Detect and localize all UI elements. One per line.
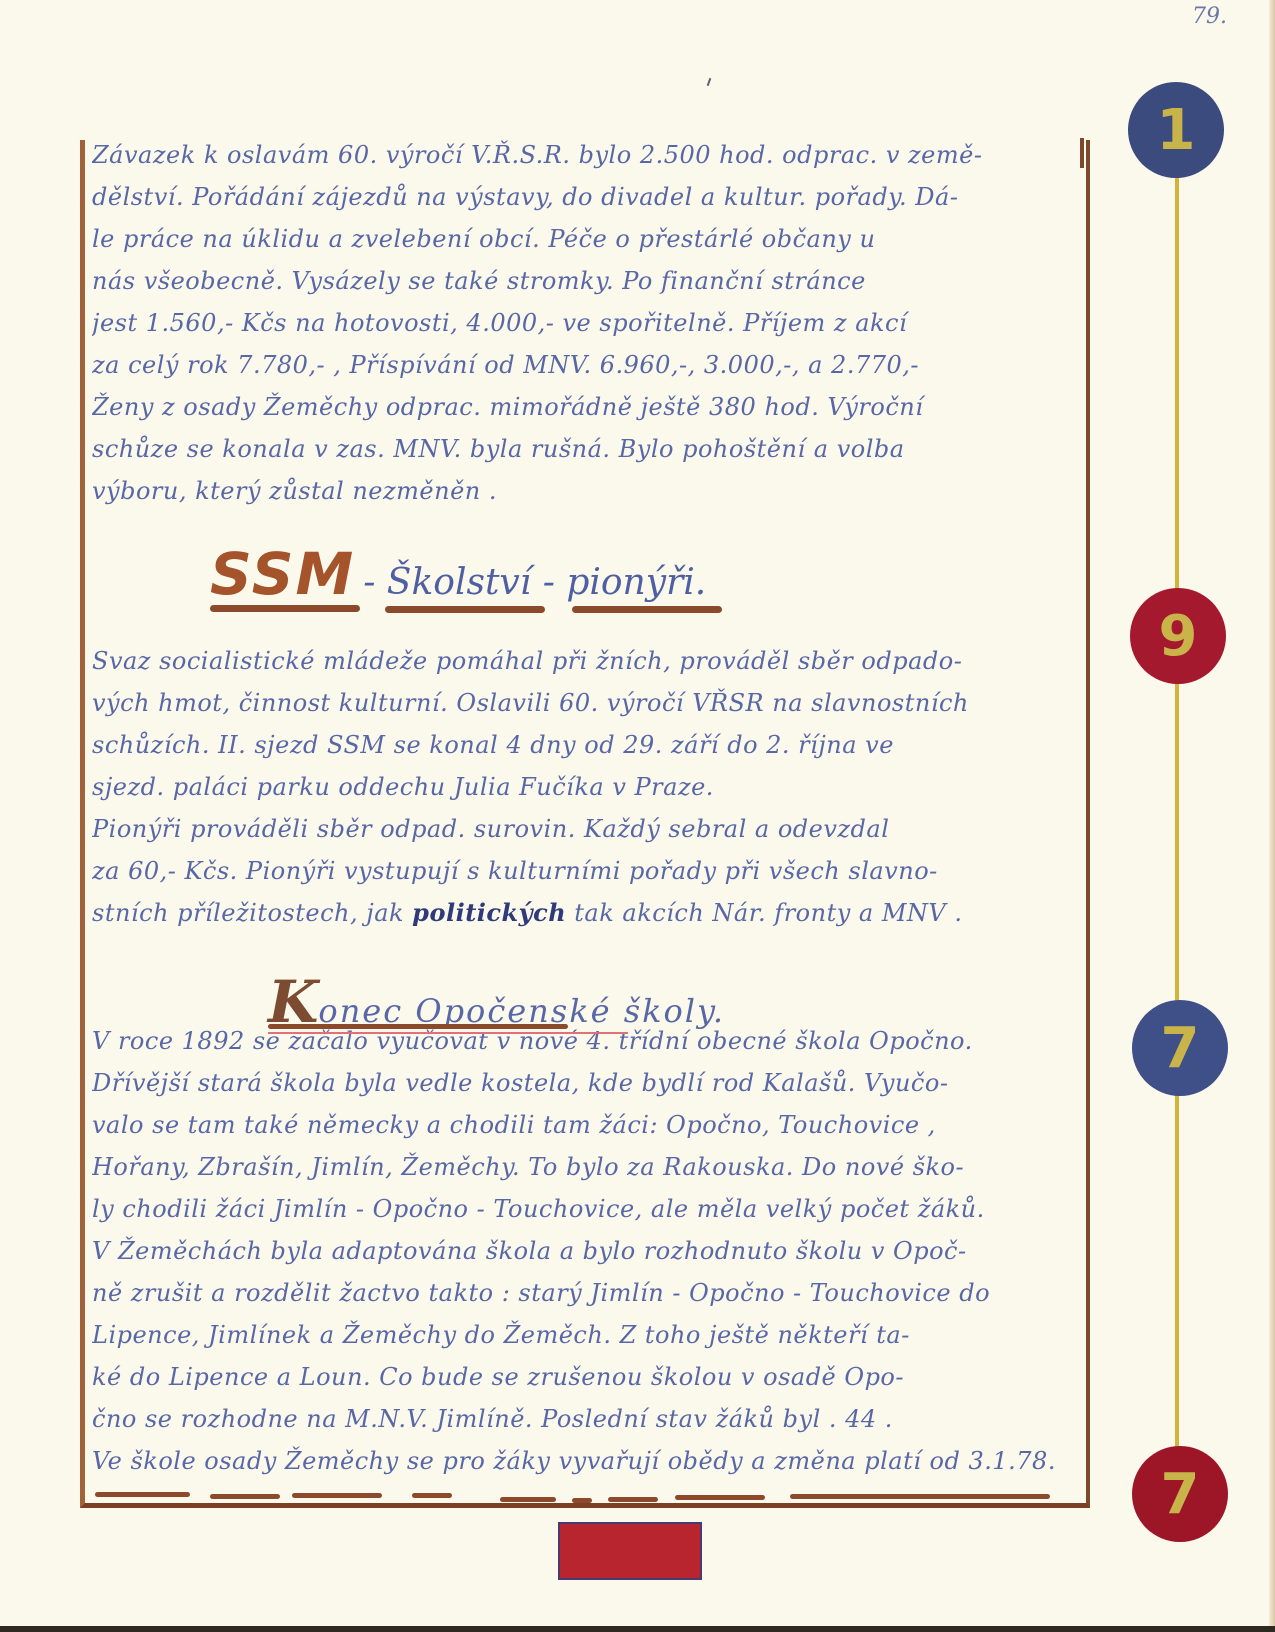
underline xyxy=(292,1493,382,1498)
text-line: Ženy z osady Žeměchy odprac. mimořádně j… xyxy=(92,386,1082,428)
section-ssm: Svaz socialistické mládeže pomáhal při ž… xyxy=(92,640,1082,934)
section-school: V roce 1892 se začalo vyučovat v nové 4.… xyxy=(92,1020,1082,1482)
timeline-line xyxy=(1175,175,1179,595)
page-bottom-edge xyxy=(0,1626,1275,1632)
section-report: Závazek k oslavám 60. výročí V.Ř.S.R. by… xyxy=(92,134,1082,512)
heading-ssm-abbr: SSM xyxy=(210,540,355,608)
text-line: výboru, který zůstal nezměněn . xyxy=(92,470,1082,512)
underline xyxy=(210,1494,280,1499)
underline xyxy=(790,1494,1050,1499)
text-segment: tak akcích Nár. fronty a MNV . xyxy=(566,899,962,927)
text-line: Lipence, Jimlínek a Žeměchy do Žeměch. Z… xyxy=(92,1314,1082,1356)
year-digit-circle: 9 xyxy=(1130,588,1226,684)
text-line: sjezd. paláci parku oddechu Julia Fučíka… xyxy=(92,766,1082,808)
underline xyxy=(385,606,545,613)
year-digit-circle: 7 xyxy=(1132,1446,1228,1542)
underline xyxy=(572,1498,592,1503)
ink-mark xyxy=(707,78,712,86)
text-line: le práce na úklidu a zvelebení obcí. Péč… xyxy=(92,218,1082,260)
text-line: Svaz socialistické mládeže pomáhal při ž… xyxy=(92,640,1082,682)
text-line: V Žeměchách byla adaptována škola a bylo… xyxy=(92,1230,1082,1272)
underline xyxy=(268,1032,628,1034)
text-line: Pionýři prováděli sběr odpad. surovin. K… xyxy=(92,808,1082,850)
timeline-line xyxy=(1175,680,1179,1010)
underline xyxy=(500,1497,556,1502)
text-line: dělství. Pořádání zájezdů na výstavy, do… xyxy=(92,176,1082,218)
red-stamp xyxy=(558,1522,702,1580)
text-segment: stních příležitostech, jak xyxy=(92,899,412,927)
text-line: schůze se konala v zas. MNV. byla rušná.… xyxy=(92,428,1082,470)
text-line: nás všeobecně. Vysázely se také stromky.… xyxy=(92,260,1082,302)
text-line: valo se tam také německy a chodili tam ž… xyxy=(92,1104,1082,1146)
text-line: čno se rozhodne na M.N.V. Jimlíně. Posle… xyxy=(92,1398,1082,1440)
text-line: ně zrušit a rozdělit žactvo takto : star… xyxy=(92,1272,1082,1314)
text-line: ké do Lipence a Loun. Co bude se zrušeno… xyxy=(92,1356,1082,1398)
underline xyxy=(675,1495,765,1500)
underline xyxy=(572,606,722,613)
timeline-line xyxy=(1175,1092,1179,1447)
text-line: Dřívější stará škola byla vedle kostela,… xyxy=(92,1062,1082,1104)
heading-ssm-title: - Školství - pionýři. xyxy=(363,562,706,603)
text-line: Hořany, Zbrašín, Jimlín, Žeměchy. To byl… xyxy=(92,1146,1082,1188)
text-line: Závazek k oslavám 60. výročí V.Ř.S.R. by… xyxy=(92,134,1082,176)
text-line: vých hmot, činnost kulturní. Oslavili 60… xyxy=(92,682,1082,724)
text-line: za celý rok 7.780,- , Příspívání od MNV.… xyxy=(92,344,1082,386)
text-line: jest 1.560,- Kčs na hotovosti, 4.000,- v… xyxy=(92,302,1082,344)
underline xyxy=(608,1497,658,1502)
year-digit-circle: 1 xyxy=(1128,82,1224,178)
underline xyxy=(95,1492,190,1497)
text-line: za 60,- Kčs. Pionýři vystupují s kulturn… xyxy=(92,850,1082,892)
text-line: schůzích. II. sjezd SSM se konal 4 dny o… xyxy=(92,724,1082,766)
underline xyxy=(412,1493,452,1498)
text-line: Ve škole osady Žeměchy se pro žáky vyvař… xyxy=(92,1440,1082,1482)
underline xyxy=(268,1024,568,1029)
text-line: stních příležitostech, jak politických t… xyxy=(92,892,1082,934)
handwritten-text: Závazek k oslavám 60. výročí V.Ř.S.R. by… xyxy=(92,128,1082,1482)
emphasized-word: politických xyxy=(412,898,566,927)
underline xyxy=(210,605,360,612)
text-line: ly chodili žáci Jimlín - Opočno - Toucho… xyxy=(92,1188,1082,1230)
page-edge xyxy=(1269,0,1275,1632)
page-number: 79. xyxy=(1192,4,1227,29)
year-digit-circle: 7 xyxy=(1132,1000,1228,1096)
